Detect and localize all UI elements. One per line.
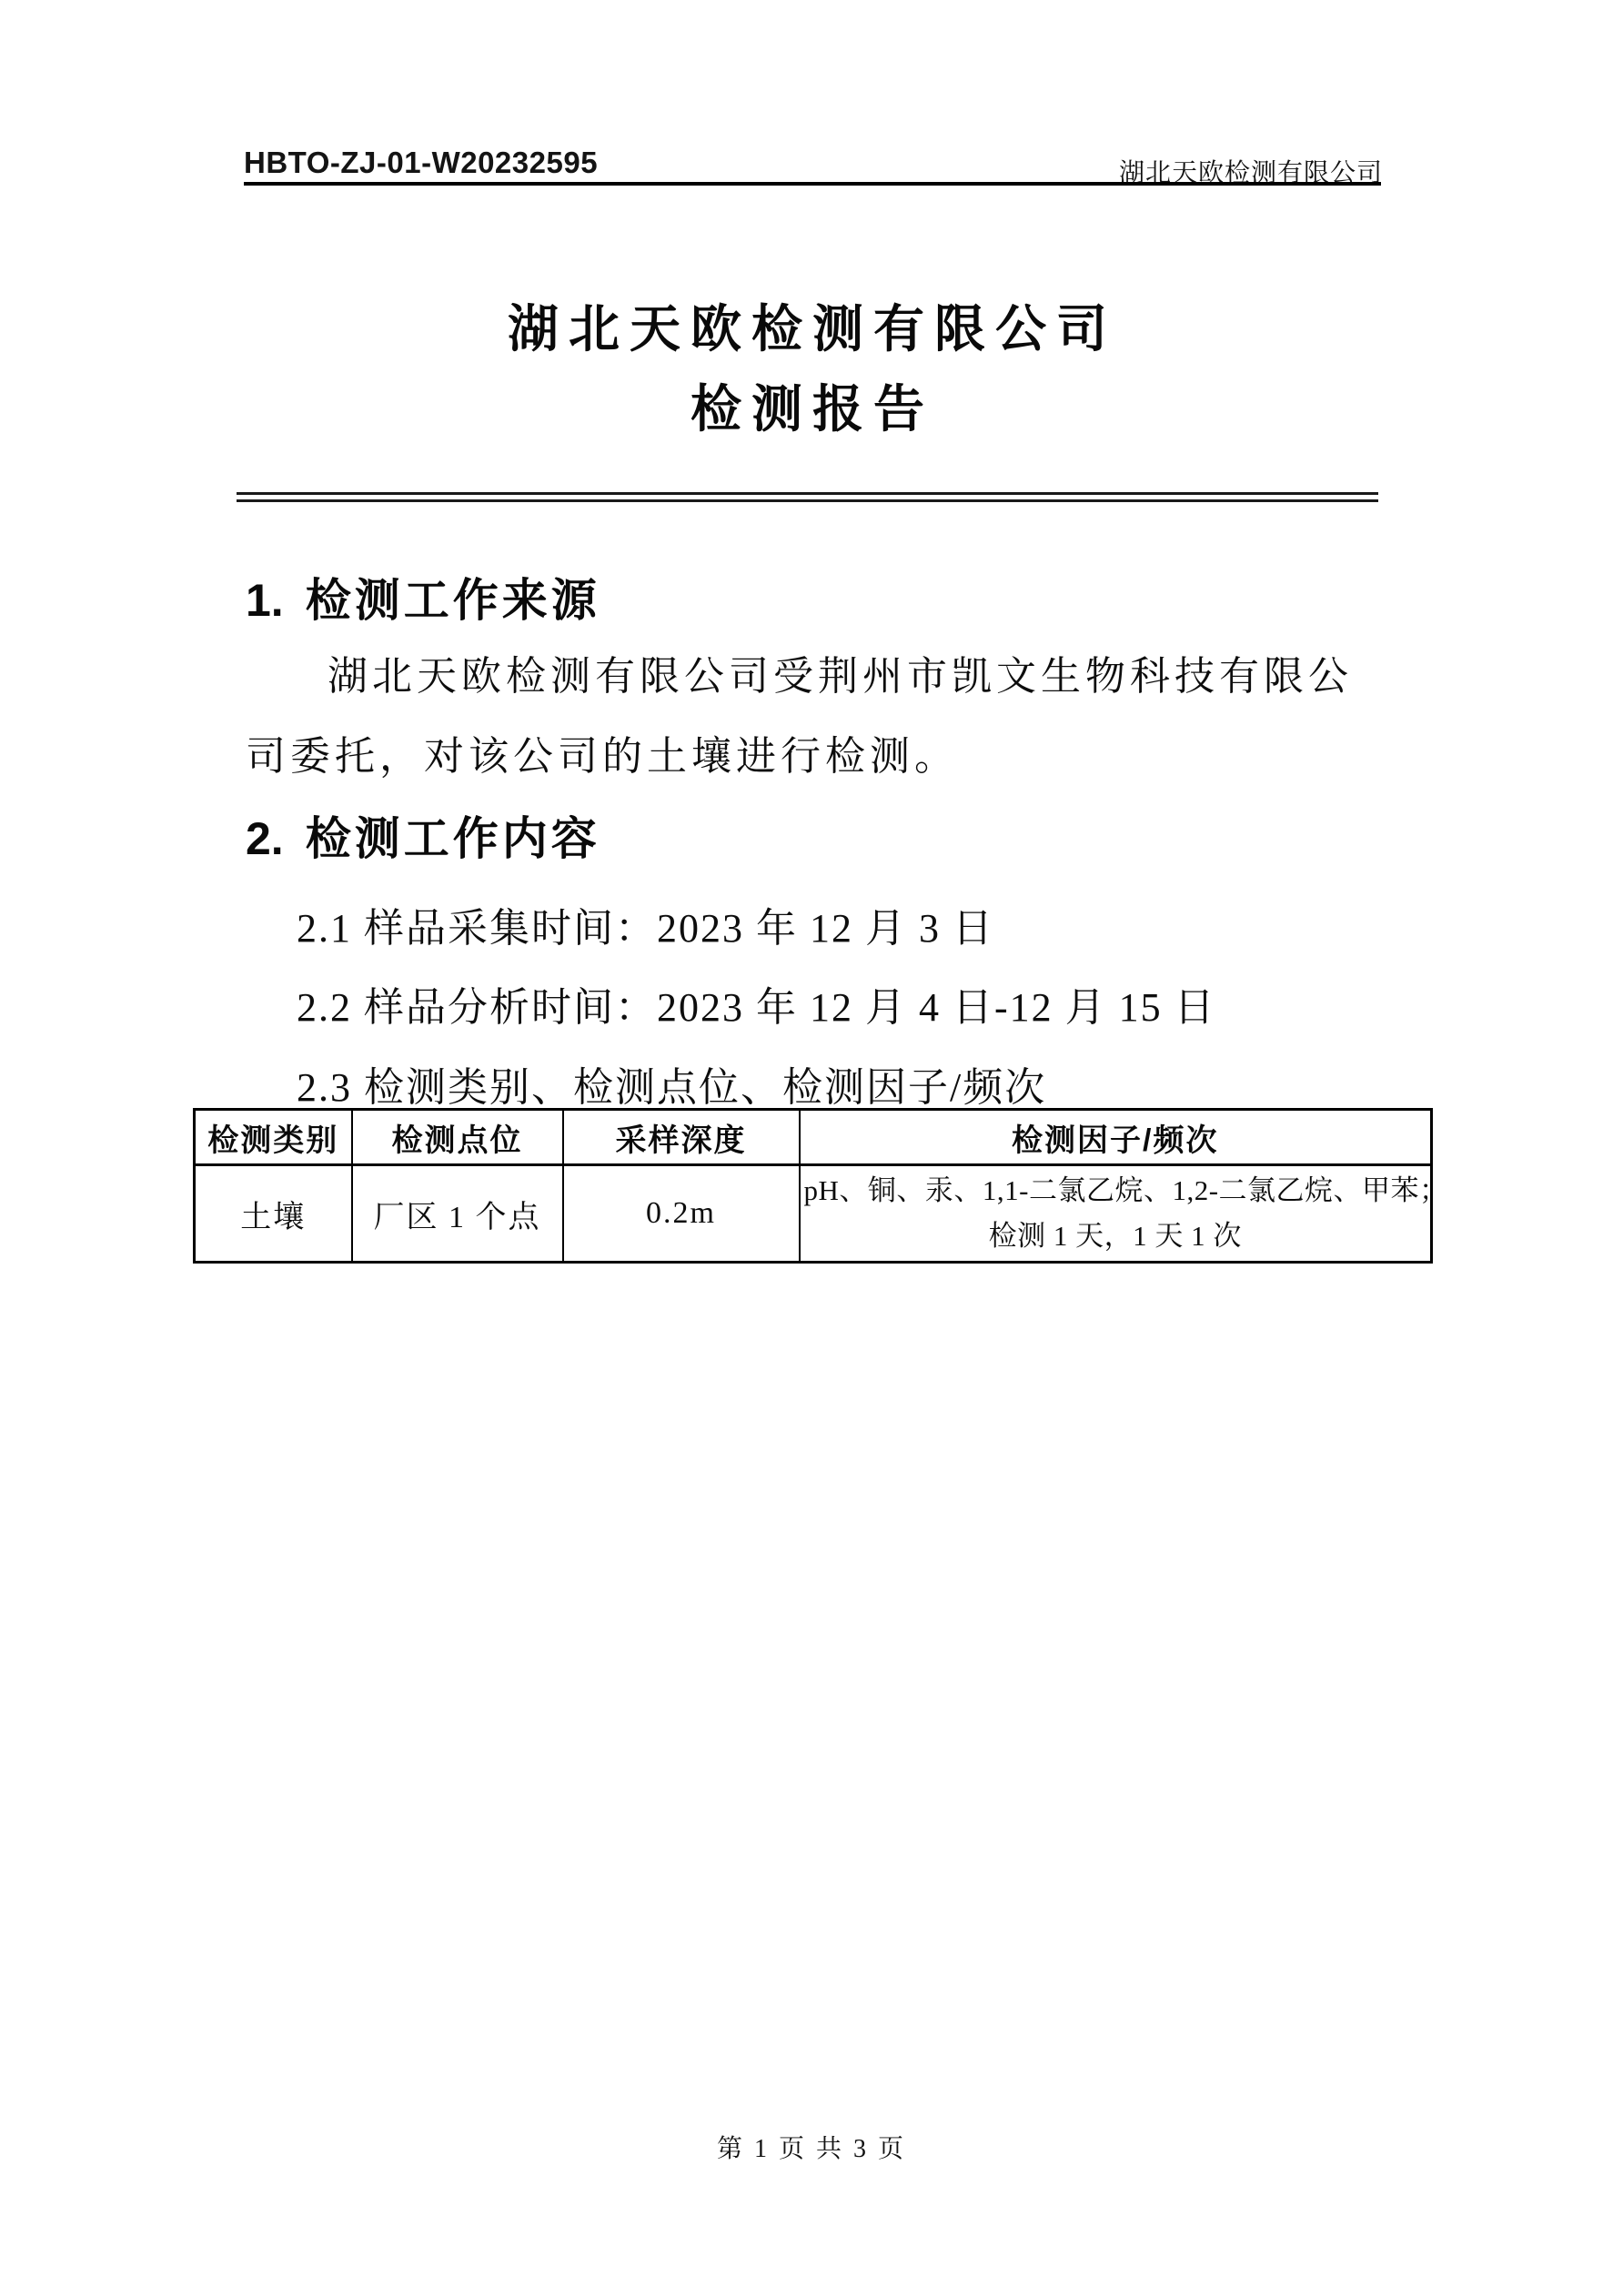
footer-page-number: 第 1 页 共 3 页 (0, 2129, 1623, 2165)
section-1-heading: 1.检测工作来源 (246, 564, 600, 629)
report-title-type: 检测报告 (246, 369, 1379, 442)
table-header-factors: 检测因子/频次 (800, 1110, 1432, 1165)
sampling-time-item: 2.1 样品采集时间：2023 年 12 月 3 日 (297, 895, 994, 953)
section-1-number: 1. (246, 575, 284, 626)
header-doc-number: HBTO-ZJ-01-W20232595 (244, 146, 598, 180)
title-double-rule (237, 492, 1378, 502)
table-header-category: 检测类别 (195, 1110, 352, 1165)
analysis-time-item: 2.2 样品分析时间：2023 年 12 月 4 日-12 月 15 日 (297, 974, 1216, 1032)
table-row: 土壤 厂区 1 个点 0.2m pH、铜、汞、1,1-二氯乙烷、1,2-二氯乙烷… (195, 1165, 1432, 1263)
report-page: HBTO-ZJ-01-W20232595 湖北天欧检测有限公司 湖北天欧检测有限… (0, 0, 1623, 2296)
cell-factors-line1: pH、铜、汞、1,1-二氯乙烷、1,2-二氯乙烷、甲苯； (804, 1168, 1427, 1213)
section-2-number: 2. (246, 813, 284, 864)
header-divider-line (244, 182, 1381, 186)
section-2-title: 检测工作内容 (306, 813, 600, 864)
cell-factors-line2: 检测 1 天，1 天 1 次 (804, 1213, 1427, 1259)
cell-point: 厂区 1 个点 (352, 1165, 563, 1263)
table-header-row: 检测类别 检测点位 采样深度 检测因子/频次 (195, 1110, 1432, 1165)
cell-factors: pH、铜、汞、1,1-二氯乙烷、1,2-二氯乙烷、甲苯； 检测 1 天，1 天 … (800, 1165, 1432, 1263)
category-frequency-item: 2.3 检测类别、检测点位、检测因子/频次 (297, 1054, 1046, 1113)
table-header-point: 检测点位 (352, 1110, 563, 1165)
section-2-heading: 2.检测工作内容 (246, 802, 600, 868)
test-info-table: 检测类别 检测点位 采样深度 检测因子/频次 土壤 厂区 1 个点 0.2m p… (193, 1108, 1433, 1264)
cell-depth: 0.2m (563, 1165, 800, 1263)
section-1-paragraph: 湖北天欧检测有限公司受荆州市凯文生物科技有限公司委托，对该公司的土壤进行检测。 (246, 637, 1383, 797)
report-title-company: 湖北天欧检测有限公司 (246, 289, 1379, 362)
cell-category: 土壤 (195, 1165, 352, 1263)
table-header-depth: 采样深度 (563, 1110, 800, 1165)
section-1-title: 检测工作来源 (306, 575, 600, 626)
